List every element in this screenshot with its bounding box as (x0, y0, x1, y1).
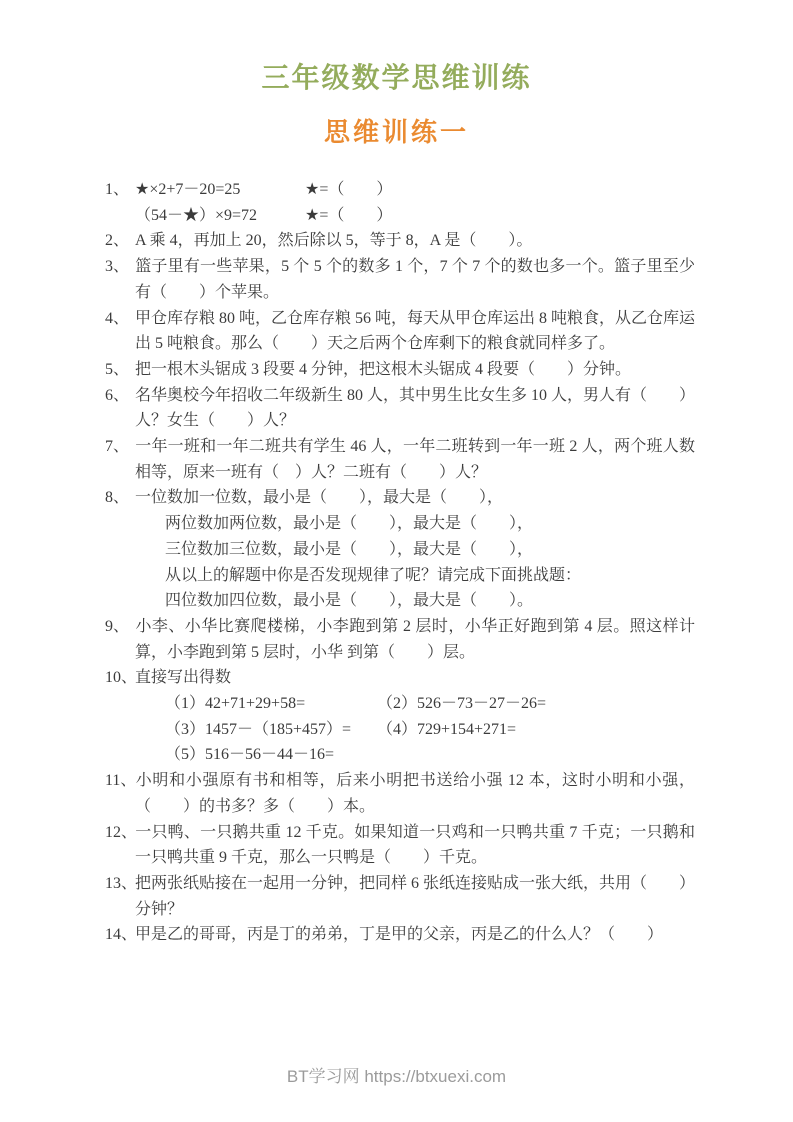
problem-number: 11、 (105, 768, 135, 794)
problem-item-2: 2、A 乘 4，再加上 20，然后除以 5，等于 8，A 是（ ）。 (105, 228, 695, 254)
equation-text: ★×2+7－20=25 (135, 177, 305, 203)
problem-number: 8、 (105, 485, 135, 511)
problem-number: 2、 (105, 228, 135, 254)
problem-list: 1、★×2+7－20=25★=（ ）（54－★）×9=72★=（ ）2、A 乘 … (105, 177, 695, 948)
problem-line: 四位数加四位数，最小是（ ），最大是（ ）。 (135, 588, 695, 614)
problem-number: 5、 (105, 357, 135, 383)
problem-line: 8、一位数加一位数，最小是（ ），最大是（ ）， (135, 485, 695, 511)
calculation-item: （3）1457－（185+457）= (165, 717, 377, 743)
worksheet-document: { "header": { "title": "三年级数学思维训练", "sub… (0, 0, 793, 1122)
problem-text: 一年一班和一年二班共有学生 46 人，一年二班转到一年一班 2 人，两个班人数相… (135, 438, 695, 481)
calculation-item: （5）516－56－44－16= (165, 742, 377, 768)
problem-text: 直接写出得数 (135, 669, 231, 686)
problem-number: 10、 (105, 665, 135, 691)
problem-text: 小明和小强原有书和相等，后来小明把书送给小强 12 本，这时小明和小强，（ ）的… (135, 772, 695, 815)
problem-item-6: 6、名华奥校今年招收二年级新生 80 人，其中男生比女生多 10 人，男人有（ … (105, 383, 695, 434)
problem-text: 甲仓库存粮 80 吨，乙仓库存粮 56 吨，每天从甲仓库运出 8 吨粮食，从乙仓… (135, 310, 695, 353)
problem-number: 9、 (105, 614, 135, 640)
problem-line: 10、直接写出得数 (135, 665, 695, 691)
problem-text: 甲是乙的哥哥，丙是丁的弟弟，丁是甲的父亲，丙是乙的什么人？（ ） (135, 926, 663, 943)
calculation-item: （2）526－73－27－26= (377, 691, 695, 717)
worksheet-subtitle: 思维训练一 (0, 116, 793, 148)
problem-item-14: 14、甲是乙的哥哥，丙是丁的弟弟，丁是甲的父亲，丙是乙的什么人？（ ） (105, 922, 695, 948)
problem-number: 14、 (105, 922, 135, 948)
problem-text: 一位数加一位数，最小是（ ），最大是（ ）， (135, 489, 503, 506)
worksheet-title: 三年级数学思维训练 (0, 60, 793, 96)
problem-item-4: 4、甲仓库存粮 80 吨，乙仓库存粮 56 吨，每天从甲仓库运出 8 吨粮食，从… (105, 306, 695, 357)
problem-text: 一只鸭、一只鹅共重 12 千克。如果知道一只鸡和一只鸭共重 7 千克；一只鹅和一… (135, 824, 695, 867)
footer-site-link[interactable]: BT学习网 https://btxuexi.com (287, 1067, 506, 1086)
problem-number: 6、 (105, 383, 135, 409)
problem-item-9: 9、小李、小华比赛爬楼梯，小李跑到第 2 层时，小华正好跑到第 4 层。照这样计… (105, 614, 695, 665)
problem-item-5: 5、把一根木头锯成 3 段要 4 分钟，把这根木头锯成 4 段要（ ）分钟。 (105, 357, 695, 383)
problem-item-1: 1、★×2+7－20=25★=（ ）（54－★）×9=72★=（ ） (105, 177, 695, 228)
problem-text: 把一根木头锯成 3 段要 4 分钟，把这根木头锯成 4 段要（ ）分钟。 (135, 361, 631, 378)
problem-item-13: 13、把两张纸贴接在一起用一分钟，把同样 6 张纸连接贴成一张大纸，共用（ ）分… (105, 871, 695, 922)
problem-pair-row: （54－★）×9=72★=（ ） (135, 203, 695, 229)
calculation-grid: （1）42+71+29+58=（2）526－73－27－26=（3）1457－（… (165, 691, 695, 768)
problem-number: 12、 (105, 820, 135, 846)
problem-item-10: 10、直接写出得数（1）42+71+29+58=（2）526－73－27－26=… (105, 665, 695, 768)
problem-item-12: 12、一只鸭、一只鹅共重 12 千克。如果知道一只鸡和一只鸭共重 7 千克；一只… (105, 820, 695, 871)
answer-blank-text: ★=（ ） (305, 181, 392, 198)
problem-item-8: 8、一位数加一位数，最小是（ ），最大是（ ），两位数加两位数，最小是（ ），最… (105, 485, 695, 614)
equation-text: （54－★）×9=72 (135, 203, 305, 229)
problem-item-11: 11、小明和小强原有书和相等，后来小明把书送给小强 12 本，这时小明和小强，（… (105, 768, 695, 819)
problem-text: 把两张纸贴接在一起用一分钟，把同样 6 张纸连接贴成一张大纸，共用（ ）分钟？ (135, 875, 695, 918)
problem-pair-row: 1、★×2+7－20=25★=（ ） (135, 177, 695, 203)
problem-line: 从以上的解题中你是否发现规律了呢？请完成下面挑战题： (135, 563, 695, 589)
problem-number: 3、 (105, 254, 135, 280)
problem-number: 13、 (105, 871, 135, 897)
calculation-item: （4）729+154+271= (377, 717, 695, 743)
problem-number: 7、 (105, 434, 135, 460)
problem-text: 篮子里有一些苹果，5 个 5 个的数多 1 个，7 个 7 个的数也多一个。篮子… (135, 258, 695, 301)
problem-number: 4、 (105, 306, 135, 332)
answer-blank-text: ★=（ ） (305, 207, 392, 224)
problem-item-3: 3、篮子里有一些苹果，5 个 5 个的数多 1 个，7 个 7 个的数也多一个。… (105, 254, 695, 305)
problem-item-7: 7、一年一班和一年二班共有学生 46 人，一年二班转到一年一班 2 人，两个班人… (105, 434, 695, 485)
problem-text: 名华奥校今年招收二年级新生 80 人，其中男生比女生多 10 人，男人有（ ）人… (135, 387, 695, 430)
problem-line: 三位数加三位数，最小是（ ），最大是（ ）， (135, 537, 695, 563)
problem-line: 两位数加两位数，最小是（ ），最大是（ ）， (135, 511, 695, 537)
problem-number: 1、 (105, 177, 135, 203)
problem-text: 小李、小华比赛爬楼梯，小李跑到第 2 层时，小华正好跑到第 4 层。照这样计算，… (135, 618, 695, 661)
calculation-item: （1）42+71+29+58= (165, 691, 377, 717)
footer: BT学习网 https://btxuexi.com (0, 1062, 793, 1087)
problem-text: A 乘 4，再加上 20，然后除以 5，等于 8，A 是（ ）。 (135, 232, 532, 249)
